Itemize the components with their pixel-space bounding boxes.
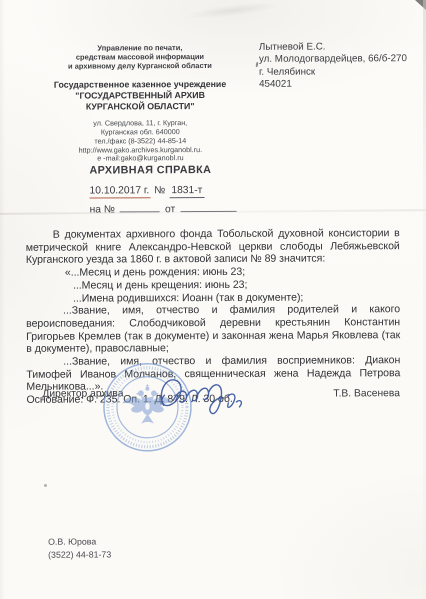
document-content: Управление по печати, средствам массовой… xyxy=(0,0,426,599)
document-title: АРХИВНАЯ СПРАВКА xyxy=(89,164,211,177)
recipient-city: г. Челябинск xyxy=(259,66,407,79)
reference-number: 1831-т xyxy=(169,185,204,198)
executor-phone: (3522) 44-81-73 xyxy=(48,548,111,561)
institution-contacts: ул. Свердлова, 11, г. Курган, Курганская… xyxy=(31,119,249,164)
institution-line: Государственное казенное учреждение xyxy=(31,79,249,91)
reply-from-label: от xyxy=(165,204,175,215)
recipient-name: Лытневой Е.С. xyxy=(259,41,407,54)
scan-edge-shadow xyxy=(0,0,5,599)
recipient-postcode: 454021 xyxy=(259,78,407,91)
executor-block: О.В. Юрова (3522) 44-81-73 xyxy=(48,535,111,560)
signatory-name: Т.В. Васенева xyxy=(333,388,400,399)
institution-line: КУРГАНСКОЙ ОБЛАСТИ" xyxy=(31,101,249,113)
scan-speck xyxy=(44,484,47,487)
body-paragraph: В документах архивного фонда Тобольской … xyxy=(26,227,400,267)
executor-name: О.В. Юрова xyxy=(48,535,111,548)
recipient-address-block: Лытневой Е.С. ул. Молодогвардейцев, 66/б… xyxy=(259,41,407,91)
institution-name: Государственное казенное учреждение "ГОС… xyxy=(31,79,249,113)
letterhead-org-block: Управление по печати, средствам массовой… xyxy=(31,44,250,164)
reference-date-number: 10.10.2017 г.№1831-т xyxy=(90,185,237,199)
body-paragraph: ...Звание, имя, отчество и фамилия родит… xyxy=(26,303,400,355)
recipient-street: ул. Молодогвардейцев, 66/б-270 xyxy=(259,54,407,67)
contact-line-email: e -mail:gako@kurganobl.ru xyxy=(31,154,249,164)
department-line: и архивному делу Курганской области xyxy=(31,61,249,71)
number-sign: № xyxy=(154,185,165,196)
issuing-department: Управление по печати, средствам массовой… xyxy=(31,44,249,71)
archival-certificate-scan: Управление по печати, средствам массовой… xyxy=(0,0,426,599)
reference-date: 10.10.2017 г. xyxy=(90,185,151,198)
handwritten-signature xyxy=(156,368,248,422)
